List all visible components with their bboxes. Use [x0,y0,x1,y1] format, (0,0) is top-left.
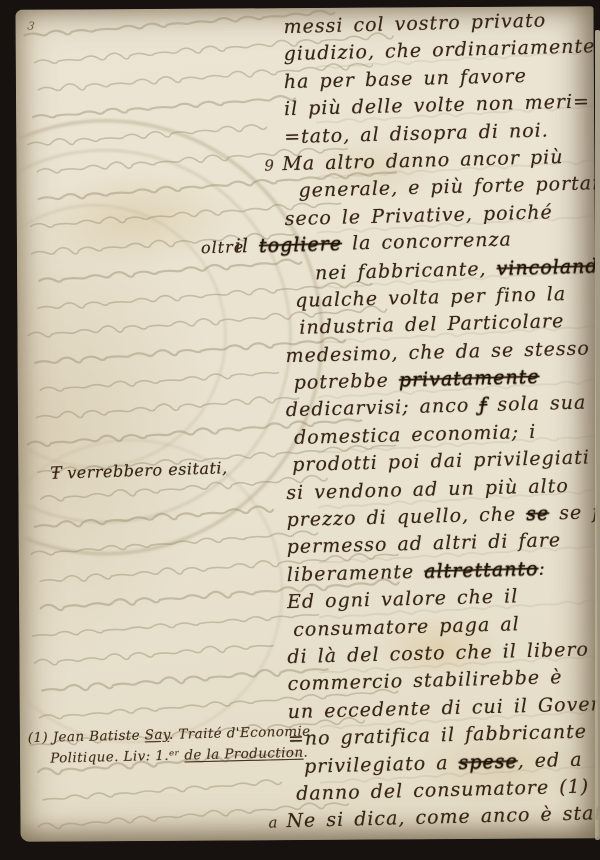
watermark-seal-ring [15,438,283,744]
ink-blot-correction: vincolando [496,254,598,279]
ink-blot-correction: altrettanto [424,558,539,583]
underlined-text: de la Production [184,745,303,764]
footnote-citation: (1) Jean Batiste Say. Traité d'EconomieP… [28,722,309,771]
paragraph-mark: a [268,810,283,838]
underlined-text: Say [145,727,170,744]
margin-insert-word: oltre [201,234,234,262]
watermark-seal-ring [15,118,324,557]
adjacent-page-edge [595,30,600,840]
ink-blot-correction: spese [458,750,518,773]
watermark-seal-ring [15,203,227,469]
paragraph-mark: 9 [264,152,279,180]
margin-note-text: verrebbero esitati, [67,458,228,482]
ink-blot-correction: se [526,503,550,526]
manuscript-scan: 3 messi col vostro privatogiudizio, che … [0,0,600,860]
manuscript-lines: messi col vostro privatogiudizio, che or… [283,12,598,836]
ink-blot-correction: privatamente [399,366,540,392]
ink-blot-correction: togliere [259,233,342,257]
manuscript-page: 3 messi col vostro privatogiudizio, che … [15,6,598,842]
margin-note: Ŧverrebbero esitati, [50,458,228,484]
page-corner-mark: 3 [27,19,36,33]
insertion-mark: Ŧ [50,464,62,484]
